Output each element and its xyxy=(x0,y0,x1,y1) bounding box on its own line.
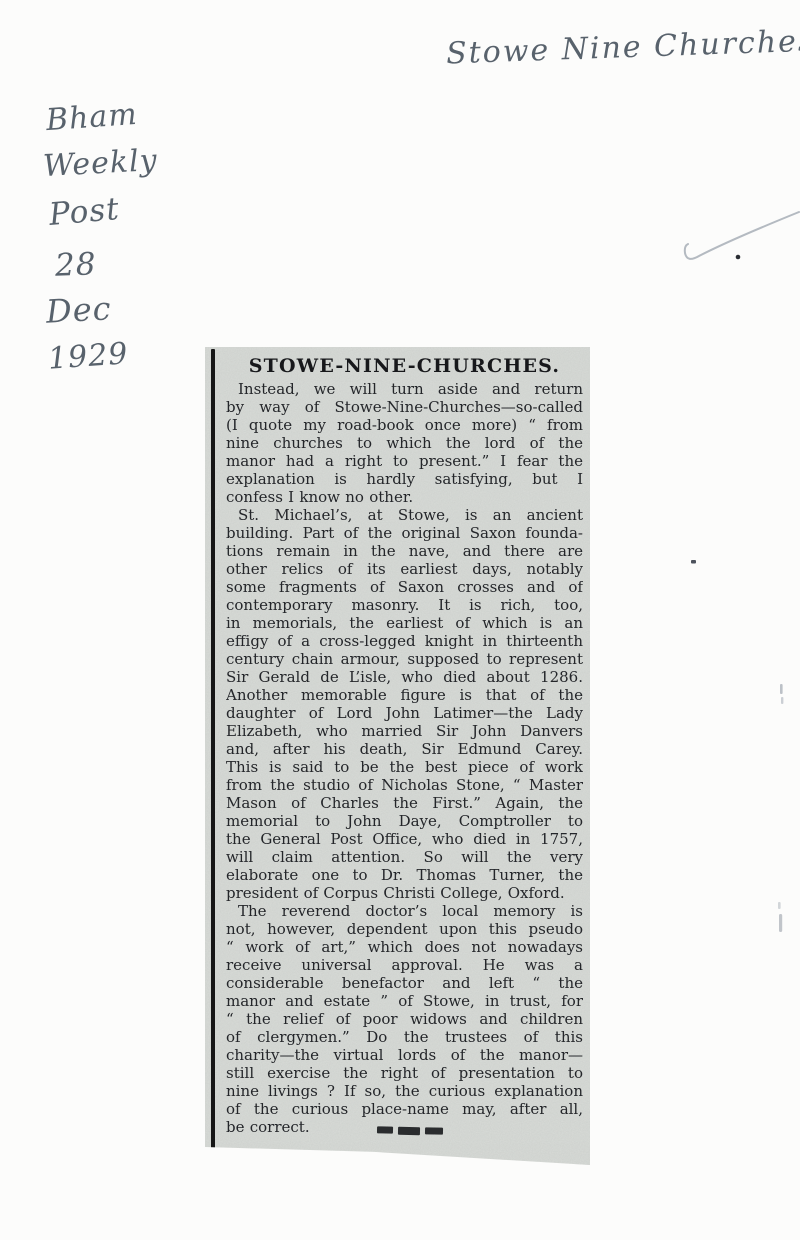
pen-stroke-mark xyxy=(685,212,799,259)
edge-speck xyxy=(778,902,781,909)
edge-speck xyxy=(779,914,782,932)
clipping-text-line: other relics of its earliest days, notab… xyxy=(226,560,583,578)
handwritten-note: Post xyxy=(48,191,122,233)
clipping-text-line: The reverend doctor’s local memory is xyxy=(226,902,583,920)
clipping-text-line: in memorials, the earliest of which is a… xyxy=(226,614,583,632)
clipping-text-line: charity—the virtual lords of the manor— xyxy=(226,1046,583,1064)
handwritten-note: Weekly xyxy=(42,143,158,184)
clipping-text-line: nine churches to which the lord of the xyxy=(226,434,583,452)
clipping-text-line: Instead, we will turn aside and return xyxy=(226,380,583,398)
column-rule xyxy=(211,349,215,1151)
clipping-text-line: Mason of Charles the First.” Again, the xyxy=(226,794,583,812)
clipping-headline: STOWE-NINE-CHURCHES. xyxy=(226,354,583,378)
clipping-text-line: some fragments of Saxon crosses and of xyxy=(226,578,583,596)
ink-dot xyxy=(736,255,741,260)
clipping-text-line: building. Part of the original Saxon fou… xyxy=(226,524,583,542)
newspaper-clipping: STOWE-NINE-CHURCHES. Instead, we will tu… xyxy=(205,347,590,1165)
clipping-text: Instead, we will turn aside and returnby… xyxy=(226,380,583,1136)
clipping-text-line: “ the relief of poor widows and children xyxy=(226,1010,583,1028)
clipping-text-line: still exercise the right of presentation… xyxy=(226,1064,583,1082)
clipping-text-line: tions remain in the nave, and there are xyxy=(226,542,583,560)
clipping-text-line: daughter of Lord John Latimer—the Lady xyxy=(226,704,583,722)
clipping-text-line: explanation is hardly satisfying, but I xyxy=(226,470,583,488)
clipping-text-line: Another memorable figure is that of the xyxy=(226,686,583,704)
handwritten-note: 1929 xyxy=(47,336,130,377)
clipping-text-line: not, however, dependent upon this pseudo xyxy=(226,920,583,938)
clipping-text-line: This is said to be the best piece of wor… xyxy=(226,758,583,776)
clipping-text-line: “ work of art,” which does not nowadays xyxy=(226,938,583,956)
cutoff-print-fragment xyxy=(377,1126,443,1135)
clipping-text-line: by way of Stowe-Nine-Churches—so-called xyxy=(226,398,583,416)
clipping-text-line: contemporary masonry. It is rich, too, xyxy=(226,596,583,614)
clipping-text-line: (I quote my road-book once more) “ from xyxy=(226,416,583,434)
clipping-text-line: president of Corpus Christi College, Oxf… xyxy=(226,884,583,902)
handwritten-note: Dec xyxy=(45,289,112,330)
clipping-text-line: confess I know no other. xyxy=(226,488,583,506)
clipping-text-line: Elizabeth, who married Sir John Danvers xyxy=(226,722,583,740)
clipping-text-line: considerable benefactor and left “ the xyxy=(226,974,583,992)
clipping-text-line: St. Michael’s, at Stowe, is an ancient xyxy=(226,506,583,524)
ink-fleck xyxy=(691,560,696,564)
clipping-text-line: century chain armour, supposed to repres… xyxy=(226,650,583,668)
clipping-text-line: elaborate one to Dr. Thomas Turner, the xyxy=(226,866,583,884)
edge-speck xyxy=(781,697,783,704)
clipping-text-line: manor had a right to present.” I fear th… xyxy=(226,452,583,470)
clipping-text-line: receive universal approval. He was a xyxy=(226,956,583,974)
clipping-text-line: and, after his death, Sir Edmund Carey. xyxy=(226,740,583,758)
clipping-text-line: the General Post Office, who died in 175… xyxy=(226,830,583,848)
scan-page: Stowe Nine Churches BhamWeeklyPost28Dec1… xyxy=(0,0,800,1240)
handwritten-title: Stowe Nine Churches xyxy=(446,24,800,72)
clipping-text-line: of the curious place-name may, after all… xyxy=(226,1100,583,1118)
clipping-text-line: from the studio of Nicholas Stone, “ Mas… xyxy=(226,776,583,794)
clipping-text-line: of clergymen.” Do the trustees of this xyxy=(226,1028,583,1046)
clipping-text-line: effigy of a cross-legged knight in thirt… xyxy=(226,632,583,650)
clipping-text-line: manor and estate ” of Stowe, in trust, f… xyxy=(226,992,583,1010)
clipping-text-line: Sir Gerald de L’isle, who died about 128… xyxy=(226,668,583,686)
handwritten-note: 28 xyxy=(54,246,97,283)
handwritten-note: Bham xyxy=(45,97,139,138)
clipping-text-line: will claim attention. So will the very xyxy=(226,848,583,866)
clipping-text-line: nine livings ? If so, the curious explan… xyxy=(226,1082,583,1100)
edge-speck xyxy=(780,684,783,694)
clipping-text-line: memorial to John Daye, Comptroller to xyxy=(226,812,583,830)
